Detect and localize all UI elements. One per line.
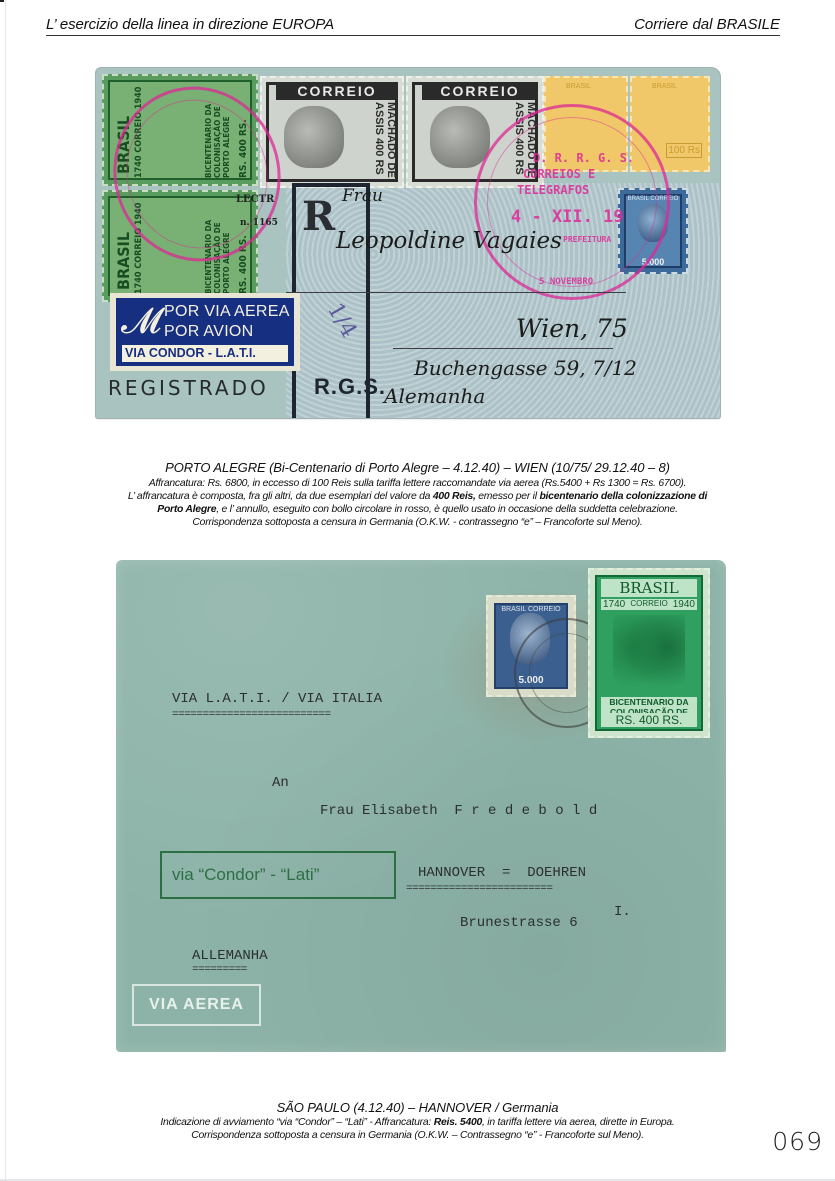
stamp-country: BRASIL CORREIO [488,606,574,613]
caption-title: PORTO ALEGRE (Bi-Centenario di Porto Ale… [0,460,835,475]
registration-lect: LECTR [236,194,274,205]
typed-underline: ========================== [172,711,331,719]
address-line-2: Leopoldine Vagaies [336,228,562,254]
address-line-1: Frau [342,186,383,206]
stamp-country: BRASIL [566,83,591,90]
airmail-label-line1: POR VIA AEREA [164,303,290,321]
stamp-years: 1740 CORREIO 1940 [601,599,697,610]
commemorative-cancel-right: D. R. R. G. S. CORREIOS E TELEGRAFOS 4 -… [474,104,670,300]
portrait [430,106,490,168]
section-title: L’ esercizio della linea in direzione EU… [46,16,334,33]
address-line-4: Buchengasse 59, 7/12 [414,356,637,380]
stamp-top-label: CORREIO [276,82,398,100]
typed-recipient: Frau Elisabeth F r e d e b o l d [320,803,597,819]
stamp-country: BRASIL [652,83,677,90]
corner-mark [0,0,4,2]
stamp-value: 100 Rs [666,143,702,158]
airmail-label: 𝓜 POR VIA AEREA POR AVION VIA CONDOR - L… [110,293,300,371]
cancel-sub: PREFEITURA [563,235,611,244]
typed-street-floor: I. [614,904,631,920]
airmail-label-line3: VIA CONDOR - L.A.T.I. [122,345,288,362]
stamp-side-label: MACHADO DE ASSIS 400 RS [379,102,397,182]
typed-an: An [272,775,289,791]
stamp-value: RS. 400 RS. [601,713,697,727]
typed-underline: ======================== [406,885,552,893]
stamp-machado-de-assis-1: CORREIO MACHADO DE ASSIS 400 RS [260,76,404,188]
caption-line: Affrancatura: Rs. 6800, in eccesso di 10… [0,477,835,490]
caption-title: SÃO PAULO (4.12.40) – HANNOVER / Germani… [0,1100,835,1115]
rgs-stamp: R.G.S. [314,374,386,400]
caption-line: Corrispondenza sottoposta a censura in G… [0,1129,835,1142]
caption-cover-2: SÃO PAULO (4.12.40) – HANNOVER / Germani… [0,1100,835,1142]
registrado-stamp: REGISTRADO [108,376,269,400]
caption-line: Corrispondenza sottoposta a censura in G… [0,516,835,529]
statue-figures [613,615,685,695]
airmail-label-line2: POR AVION [164,323,254,341]
cancel-bottom: 5 NOVEMBRO [539,277,593,287]
address-line-3: Wien, 75 [516,314,628,343]
caption-line: L’ affrancatura è composta, fra gli altr… [0,490,835,503]
typed-city: HANNOVER = DOEHREN [418,865,586,881]
cover-porto-alegre-wien: BRASIL 1740 CORREIO 1940 BICENTENARIO DA… [95,67,721,419]
page-edge [0,0,6,1181]
cancel-line1: D. R. R. G. S. [533,151,634,165]
address-rule-2 [393,348,613,349]
cancel-line3: TELEGRAFOS [517,183,589,197]
collection-title: Corriere dal BRASILE [634,16,780,33]
page-number: 069 [772,1127,823,1156]
condor-bird-icon: 𝓜 [121,304,161,340]
cancel-line2: CORREIOS E [523,167,595,181]
stamp-top-label: CORREIO [422,82,538,100]
typed-country: ALLEMANHA [192,948,268,964]
address-rule-1 [286,292,626,293]
registration-letter: R [302,193,335,240]
cancel-date: 4 - XII. 19 [511,207,624,227]
caption-line: Porto Alegre, e l’ annullo, eseguito con… [0,503,835,516]
registration-number: n. 1165 [240,218,278,228]
typed-street: Brunestrasse 6 [460,915,578,931]
caption-cover-1: PORTO ALEGRE (Bi-Centenario di Porto Ale… [0,460,835,529]
address-line-5: Alemanha [384,384,485,408]
stamp-country: BRASIL [601,579,697,597]
typed-route: VIA L.A.T.I. / VIA ITALIA [172,691,382,707]
airmail-imprint: VIA AEREA [132,984,261,1026]
portrait [284,106,344,168]
page-header: L’ esercizio della linea in direzione EU… [46,14,780,36]
caption-line: Indicazione di avviamento “via “Condor” … [0,1116,835,1129]
routing-cachet: via “Condor” - “Lati” [160,851,396,899]
cover-sao-paulo-hannover: BRASIL CORREIO 5.000 BRASIL 1740 CORREIO… [116,560,726,1052]
stamp-bicentenario-400: BRASIL 1740 CORREIO 1940 BICENTENARIO DA… [588,568,710,738]
typed-underline: ========= [192,966,247,974]
